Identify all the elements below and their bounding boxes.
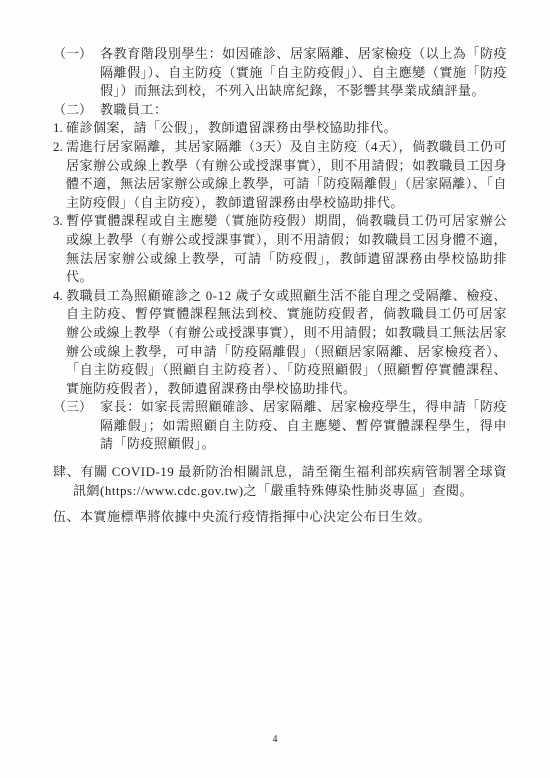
page-number: 4 — [0, 734, 550, 746]
paragraph: 伍、本實施標準將依據中央流行疫情指揮中心決定公布日生效。 — [53, 508, 507, 527]
list-item: （二）教職員工： 1.確診個案，請「公假」，教師遺留課務由學校協助排代。 2.需… — [53, 101, 507, 399]
sub-item-text: 教職員工為照顧確診之 0-12 歲子女或照顧生活不能自理之受隔離、檢疫、自主防疫… — [66, 288, 507, 396]
list-item: （三）家長：如家長需照顧確診、居家隔離、居家檢疫學生，得申請「防疫隔離假」；如需… — [53, 398, 507, 454]
sub-item-text: 暫停實體課程或自主應變（實施防疫假）期間，倘教職員工仍可居家辦公或線上教學（有辦… — [66, 213, 507, 284]
paragraph-label: 伍、 — [53, 509, 80, 524]
list-item-label: （二） — [53, 101, 100, 120]
list-item-text: 家長：如家長需照顧確診、居家隔離、居家檢疫學生，得申請「防疫隔離假」；如需照顧自… — [100, 399, 507, 451]
paragraph: 肆、有關 COVID-19 最新防治相關訊息，請至衛生福利部疾病管制署全球資訊網… — [53, 463, 507, 500]
paragraph-text: 有關 COVID-19 最新防治相關訊息，請至衛生福利部疾病管制署全球資訊網(h… — [73, 464, 507, 498]
list-item-text: 各教育階段別學生：如因確診、居家隔離、居家檢疫（以上為「防疫隔離假」）、自主防疫… — [100, 46, 507, 98]
sub-item-number: 4. — [53, 287, 66, 306]
list-item-text: 教職員工： — [100, 102, 168, 117]
sub-item-text: 確診個案，請「公假」，教師遺留課務由學校協助排代。 — [66, 120, 397, 135]
sub-item-number: 3. — [53, 212, 66, 231]
list-item: （一）各教育階段別學生：如因確診、居家隔離、居家檢疫（以上為「防疫隔離假」）、自… — [53, 45, 507, 101]
document-body: （一）各教育階段別學生：如因確診、居家隔離、居家檢疫（以上為「防疫隔離假」）、自… — [0, 0, 550, 527]
sub-item-number: 1. — [53, 119, 66, 138]
list-item-label: （三） — [53, 398, 100, 417]
sub-list-item: 1.確診個案，請「公假」，教師遺留課務由學校協助排代。 — [53, 119, 507, 138]
sub-item-number: 2. — [53, 138, 66, 157]
sub-list-item: 3.暫停實體課程或自主應變（實施防疫假）期間，倘教職員工仍可居家辦公或線上教學（… — [53, 212, 507, 286]
paragraph-text: 本實施標準將依據中央流行疫情指揮中心決定公布日生效。 — [80, 509, 431, 524]
paragraph-label: 肆、 — [53, 464, 80, 479]
document-page: （一）各教育階段別學生：如因確診、居家隔離、居家檢疫（以上為「防疫隔離假」）、自… — [0, 0, 550, 778]
sub-item-text: 需進行居家隔離，其居家隔離（3天）及自主防疫（4天），倘教職員工仍可居家辦公或線… — [66, 139, 507, 210]
list-item-label: （一） — [53, 45, 100, 64]
sub-list-item: 4.教職員工為照顧確診之 0-12 歲子女或照顧生活不能自理之受隔離、檢疫、自主… — [53, 287, 507, 399]
sub-list-item: 2.需進行居家隔離，其居家隔離（3天）及自主防疫（4天），倘教職員工仍可居家辦公… — [53, 138, 507, 212]
